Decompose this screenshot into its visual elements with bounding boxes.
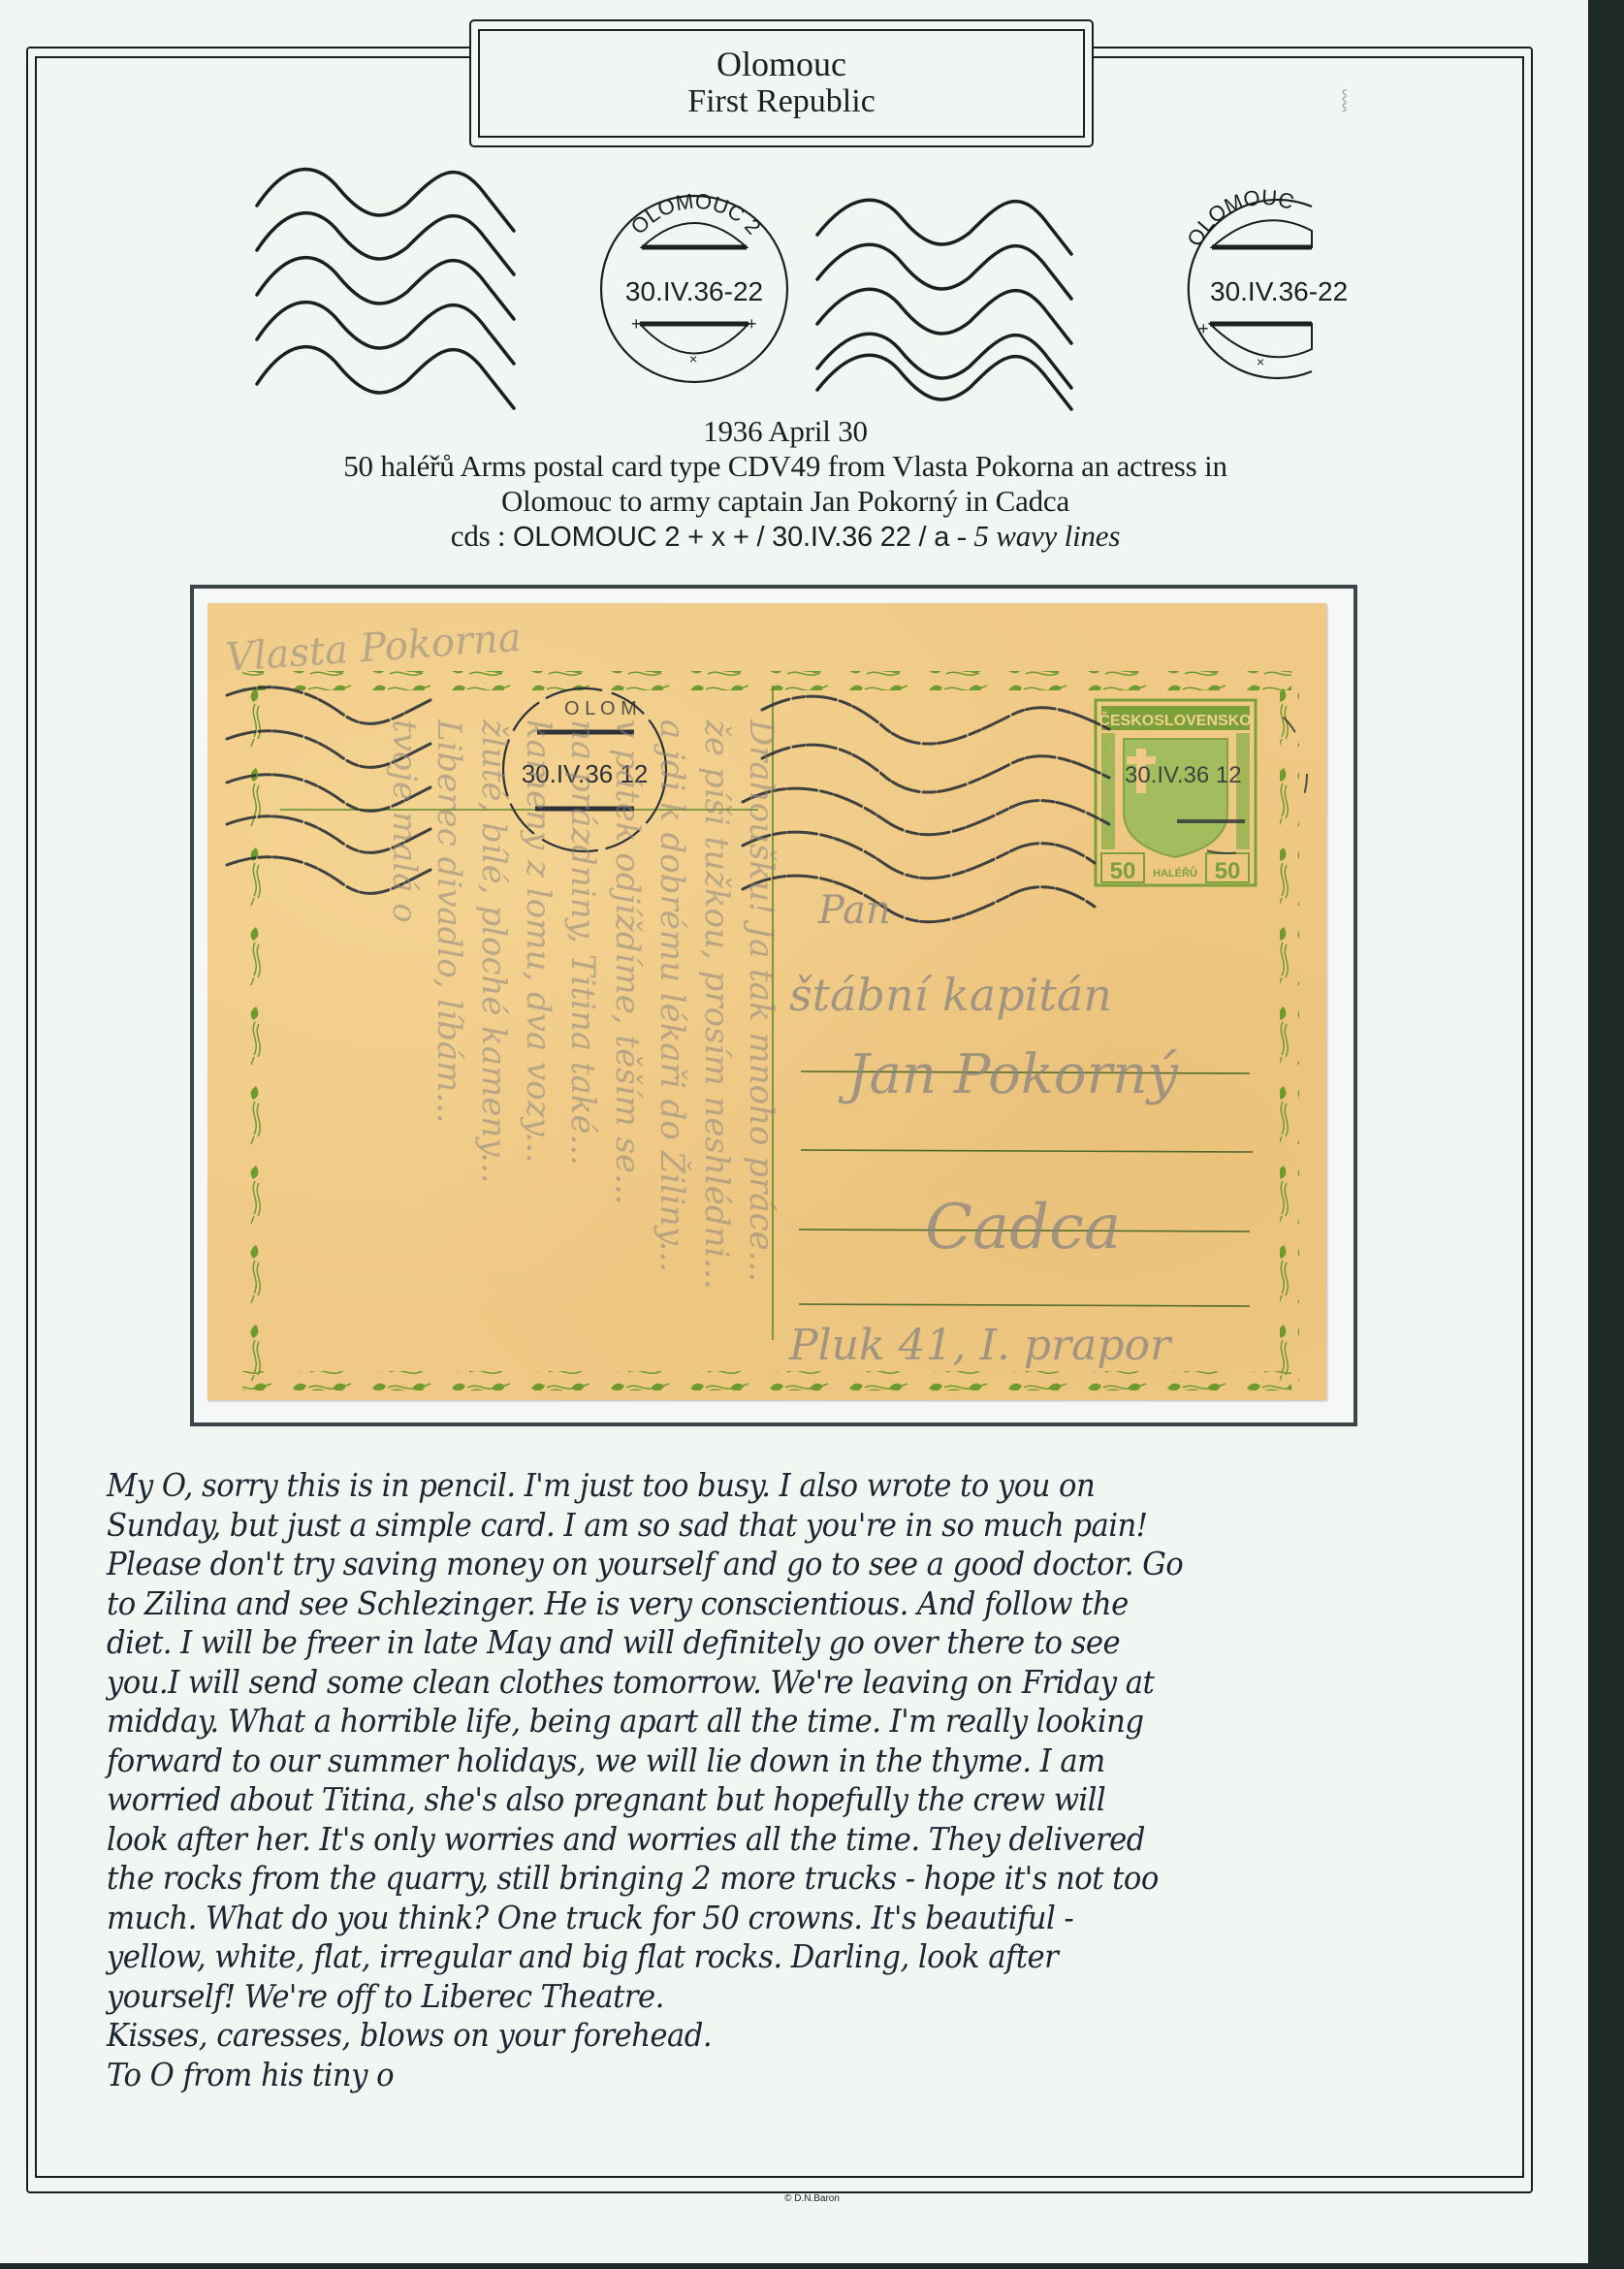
page-subtitle: First Republic — [480, 83, 1083, 120]
letter-line: diet. I will be freer in late May and wi… — [107, 1623, 1351, 1663]
handwritten-address: Pan štábní kapitán Jan Pokorný Cadca Plu… — [788, 888, 1179, 1370]
postal-card: ČESKOSLOVENSKO 50 HALÉŘŮ 50 — [207, 603, 1326, 1400]
letter-line: Kisses, caresses, blows on your forehead… — [107, 2016, 1351, 2056]
letter-line: yellow, white, flat, irregular and big f… — [107, 1937, 1351, 1977]
letter-transcription: My O, sorry this is in pencil. I'm just … — [107, 1466, 1351, 2094]
letter-line: the rocks from the quarry, still bringin… — [107, 1859, 1351, 1899]
ornament-left — [242, 681, 262, 1381]
item-caption: 1936 April 30 50 haléřů Arms postal card… — [116, 414, 1454, 555]
svg-text:OLOMOUC 2: OLOMOUC 2 — [626, 189, 766, 240]
caption-description-line2: Olomouc to army captain Jan Pokorný in C… — [116, 484, 1454, 519]
letter-line: yourself! We're off to Liberec Theatre. — [107, 1977, 1351, 2017]
copyright-notice: © D.N.Baron — [0, 2193, 1624, 2204]
letter-line: Sunday, but just a simple card. I am so … — [107, 1506, 1351, 1546]
caption-description-line1: 50 haléřů Arms postal card type CDV49 fr… — [116, 449, 1454, 484]
svg-text:kameny z lomu, dva vozy...: kameny z lomu, dva vozy... — [519, 719, 557, 1164]
svg-text:štábní kapitán: štábní kapitán — [789, 969, 1112, 1021]
postmark-olomouc-2: 30.IV.36-22 OLOMOUC 2 + + × — [601, 189, 787, 382]
caption-cds: cds : OLOMOUC 2 + x + / 30.IV.36 22 / a … — [116, 519, 1454, 555]
wavy-lines-right — [817, 200, 1071, 409]
svg-text:žluté, bílé, ploché kameny...: žluté, bílé, ploché kameny... — [474, 719, 513, 1184]
letter-line: forward to our summer holidays, we will … — [107, 1742, 1351, 1781]
letter-line: Please don't try saving money on yoursel… — [107, 1545, 1351, 1584]
svg-text:Pluk 41, I. prapor: Pluk 41, I. prapor — [788, 1321, 1173, 1370]
svg-text:v pátek odjíždíme, těším se...: v pátek odjíždíme, těším se... — [608, 719, 647, 1205]
svg-text:Cadca: Cadca — [925, 1192, 1121, 1263]
letter-line: you.I will send some clean clothes tomor… — [107, 1663, 1351, 1703]
svg-text:tvoje malá o: tvoje malá o — [385, 719, 424, 923]
svg-text:Pan: Pan — [817, 888, 891, 933]
page-title-box: Olomouc First Republic — [469, 19, 1094, 147]
svg-text:ČESKOSLOVENSKO: ČESKOSLOVENSKO — [1099, 711, 1251, 729]
svg-text:OLOMOUC: OLOMOUC — [1182, 185, 1296, 250]
svg-text:50: 50 — [1215, 858, 1241, 884]
ornament-bottom — [242, 1371, 1291, 1390]
caption-date: 1936 April 30 — [116, 414, 1454, 449]
letter-line: My O, sorry this is in pencil. I'm just … — [107, 1466, 1351, 1506]
scanner-edge-bottom — [0, 2263, 1624, 2269]
svg-text:30.IV.36 12: 30.IV.36 12 — [1125, 762, 1242, 788]
wavy-lines-left — [257, 170, 514, 408]
svg-text:HALÉŘŮ: HALÉŘŮ — [1153, 866, 1197, 879]
svg-text:50: 50 — [1110, 858, 1136, 884]
svg-text:30.IV.36-22: 30.IV.36-22 — [1210, 276, 1348, 306]
cds-note: - 5 wavy lines — [949, 519, 1120, 553]
cds-value: OLOMOUC 2 + x + / 30.IV.36 22 / a — [513, 522, 949, 553]
svg-text:a jdi k dobrému lékaři do Žili: a jdi k dobrému lékaři do Žiliny... — [653, 719, 692, 1272]
svg-text:na prázdniny, Titina také...: na prázdniny, Titina také... — [563, 719, 602, 1166]
svg-text:Drahoušku! Ja tak mnoho práce.: Drahoušku! Ja tak mnoho práce... — [742, 719, 780, 1282]
letter-line: look after her. It's only worries and wo… — [107, 1820, 1351, 1860]
page-title: Olomouc — [480, 45, 1083, 83]
svg-text:+: + — [1198, 319, 1209, 338]
letter-line: midday. What a horrible life, being apar… — [107, 1702, 1351, 1742]
svg-text:+: + — [747, 314, 757, 334]
cds-label: cds : — [451, 519, 513, 553]
ornament-right — [1280, 681, 1299, 1381]
imprinted-stamp: ČESKOSLOVENSKO 50 HALÉŘŮ 50 — [1096, 700, 1256, 885]
svg-text:30.IV.36-22: 30.IV.36-22 — [625, 276, 763, 306]
svg-text:O L O M: O L O M — [564, 698, 637, 719]
ornament-top — [242, 671, 1291, 690]
svg-text:že píši tužkou, prosím neshléd: že píši tužkou, prosím neshlédni... — [697, 719, 736, 1290]
svg-text:×: × — [1257, 354, 1264, 369]
letter-line: To O from his tiny o — [107, 2056, 1351, 2095]
handwritten-message: Vlasta Pokorna Drahoušku! Ja tak mnoho p… — [224, 616, 780, 1290]
svg-text:×: × — [689, 351, 697, 367]
letter-line: worried about Titina, she's also pregnan… — [107, 1780, 1351, 1820]
letter-line: much. What do you think? One truck for 5… — [107, 1899, 1351, 1938]
postal-card-artwork: ČESKOSLOVENSKO 50 HALÉŘŮ 50 — [207, 603, 1326, 1400]
letter-line: to Zilina and see Schlezinger. He is ver… — [107, 1584, 1351, 1624]
svg-text:Liberec divadlo, líbám...: Liberec divadlo, líbám... — [430, 719, 468, 1124]
svg-text:Vlasta Pokorna: Vlasta Pokorna — [224, 616, 523, 681]
scan-credit: Derek Baron — [4, 2246, 72, 2260]
svg-text:+: + — [631, 314, 642, 334]
svg-text:Jan Pokorný: Jan Pokorný — [838, 1043, 1179, 1106]
postmark-olomouc-partial: 30.IV.36-22 OLOMOUC + × — [1182, 185, 1348, 378]
